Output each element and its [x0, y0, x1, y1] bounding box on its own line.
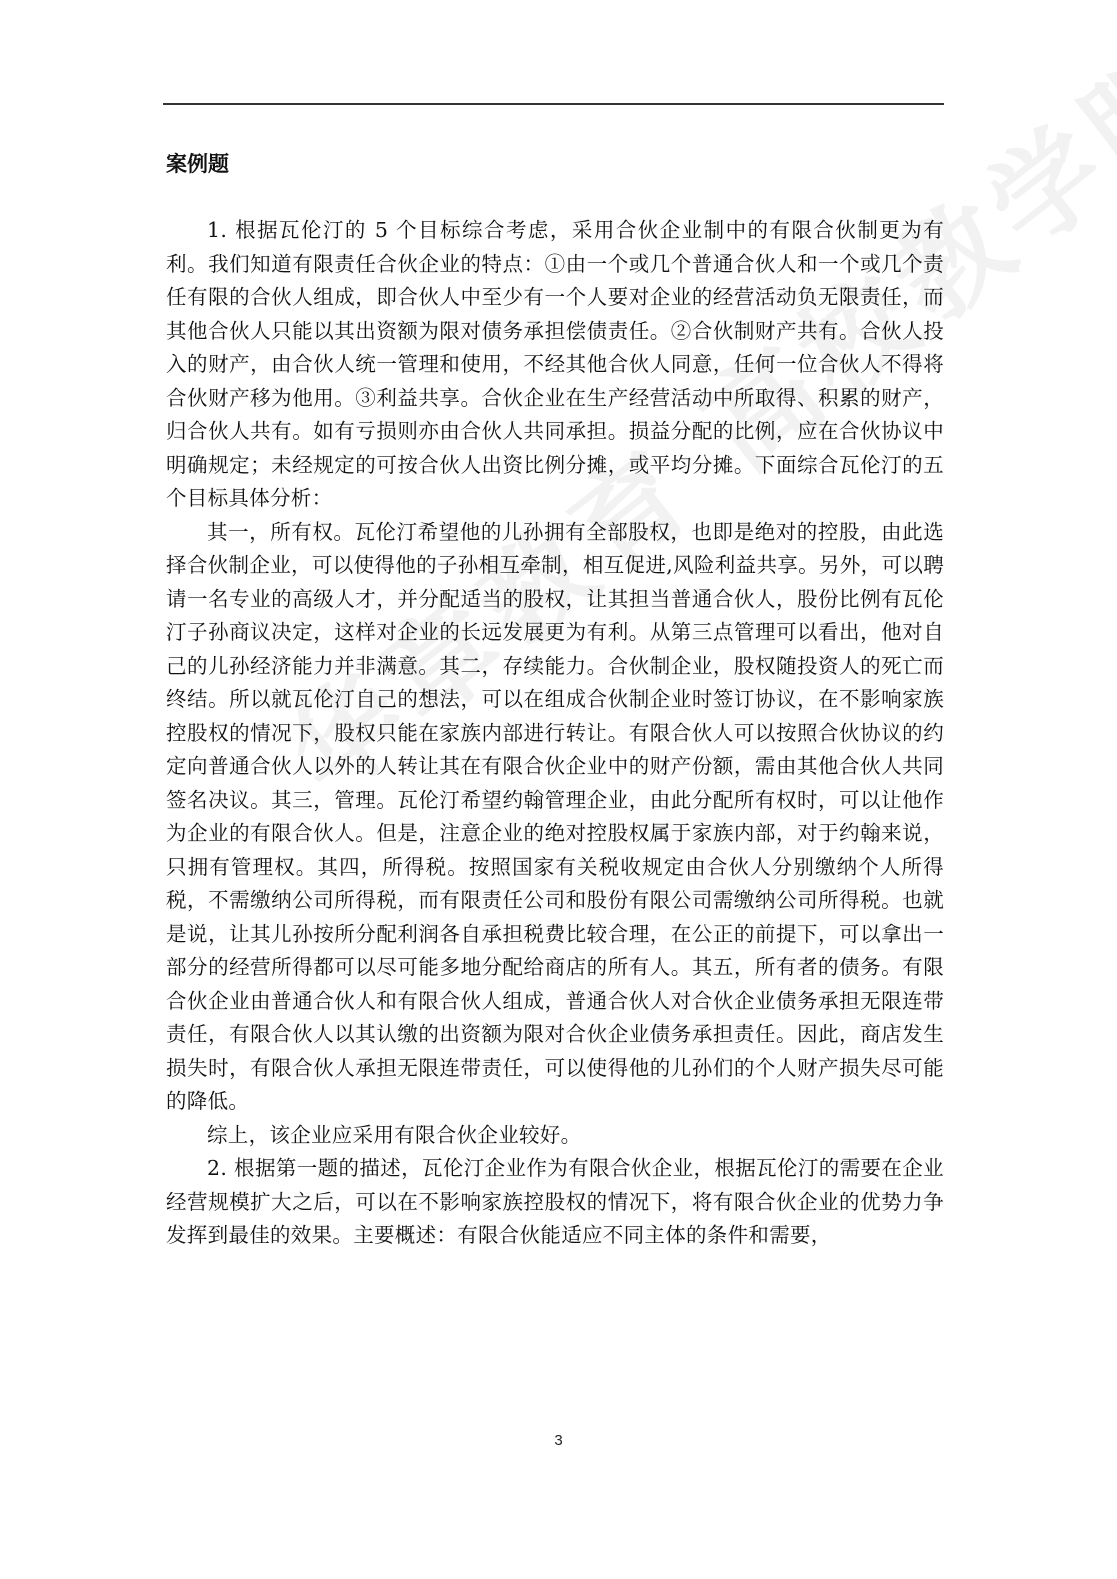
body-text: 1. 根据瓦伦汀的 5 个目标综合考虑，采用合伙企业制中的有限合伙制更为有利。我…	[166, 214, 944, 1253]
header-rule	[163, 103, 944, 105]
paragraph-conclusion: 综上，该企业应采用有限合伙企业较好。	[166, 1119, 944, 1153]
paragraph-answer-2: 2. 根据第一题的描述，瓦伦汀企业作为有限合伙企业，根据瓦伦汀的需要在企业经营规…	[166, 1152, 944, 1253]
page-number: 3	[0, 1432, 1117, 1449]
paragraph-answer-1: 1. 根据瓦伦汀的 5 个目标综合考虑，采用合伙企业制中的有限合伙制更为有利。我…	[166, 214, 944, 516]
paragraph-analysis: 其一，所有权。瓦伦汀希望他的儿孙拥有全部股权，也即是绝对的控股，由此选择合伙制企…	[166, 516, 944, 1119]
section-title: 案例题	[166, 148, 229, 178]
